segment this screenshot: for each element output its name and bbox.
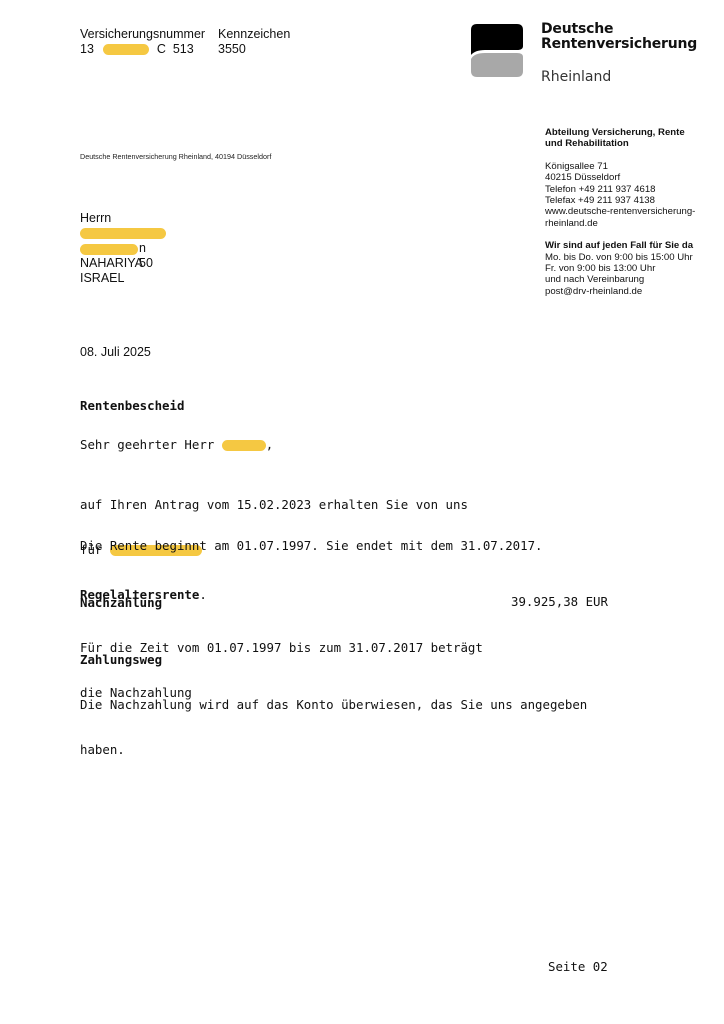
insurance-number-block: Versicherungsnummer 13 C 513 [80,27,205,57]
recipient-country: ISRAEL [80,271,143,286]
redaction-mark [103,44,149,55]
page-number: Seite 02 [548,959,608,974]
contact-sidebar: Abteilung Versicherung, Rente und Rehabi… [545,127,720,297]
department-line-1: Abteilung Versicherung, Rente [545,127,720,138]
payment-method-line-1: Die Nachzahlung wird auf das Konto überw… [80,697,587,712]
back-payment-amount: 39.925,38 EUR [511,594,608,609]
reference-label: Kennzeichen [218,27,290,42]
street: Königsallee 71 [545,161,720,172]
redaction-mark [80,244,138,255]
logo-line-3: Rheinland [541,70,697,85]
phone: Telefon +49 211 937 4618 [545,184,720,195]
back-payment-title: Nachzahlung [80,595,483,610]
email-link[interactable]: post@drv-rheinland.de [545,286,720,297]
letter-date: 08. Juli 2025 [80,345,151,359]
logo-line-2: Rentenversicherung [541,37,697,52]
city: 40215 Düsseldorf [545,172,720,183]
logo-wordmark: Deutsche Rentenversicherung Rheinland [541,22,697,85]
recipient-city: NAHARIYA [80,256,143,271]
pension-period: Die Rente beginnt am 01.07.1997. Sie end… [80,538,543,553]
redaction-mark [80,228,166,239]
logo-line-1: Deutsche [541,22,697,37]
hours-line-3: und nach Vereinbarung [545,274,720,285]
recipient-name [80,226,143,241]
reference-block: Kennzeichen 3550 [218,27,290,57]
website-link-cont[interactable]: rheinland.de [545,218,720,229]
website-link[interactable]: www.deutsche-rentenversicherung- [545,206,720,217]
department-line-2: und Rehabilitation [545,138,720,149]
recipient-address: Herrn n 50 NAHARIYA ISRAEL [80,211,143,286]
letter-subject: Rentenbescheid [80,398,184,413]
greeting: Sehr geehrter Herr , [80,437,273,452]
hours-title: Wir sind auf jeden Fall für Sie da [545,240,720,251]
sender-line: Deutsche Rentenversicherung Rheinland, 4… [80,152,271,161]
insurance-number-label: Versicherungsnummer [80,27,205,42]
insurance-number-value: 13 C 513 [80,42,205,57]
hours-line-2: Fr. von 9:00 bis 13:00 Uhr [545,263,720,274]
fax: Telefax +49 211 937 4138 [545,195,720,206]
recipient-salutation: Herrn [80,211,143,226]
payment-method-line-2: haben. [80,742,587,757]
drv-logo-icon [471,24,523,77]
redaction-mark [222,440,266,451]
payment-method-title: Zahlungsweg [80,652,587,667]
reference-value: 3550 [218,42,290,57]
intro-line-1: auf Ihren Antrag vom 15.02.2023 erhalten… [80,497,468,512]
hours-line-1: Mo. bis Do. von 9:00 bis 15:00 Uhr [545,252,720,263]
payment-method-section: Zahlungsweg Die Nachzahlung wird auf das… [80,622,587,772]
recipient-street: n 50 [80,241,143,256]
